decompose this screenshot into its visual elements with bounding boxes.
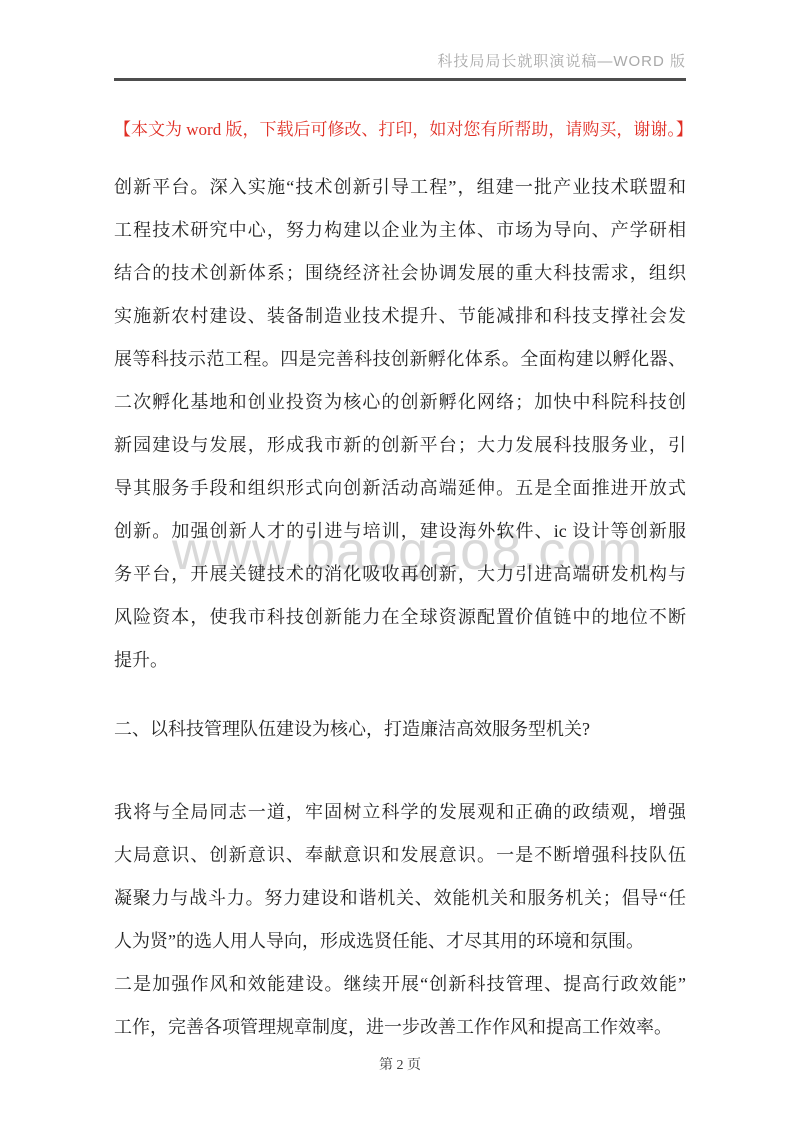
text-line: 务平台，开展关键技术的消化吸收再创新，大力引进高端研发机构与: [114, 553, 686, 596]
text-line: 结合的技术创新体系；围绕经济社会协调发展的重大科技需求，组织: [114, 252, 686, 295]
body-paragraph-1: 创新平台。深入实施“技术创新引导工程”，组建一批产业技术联盟和工程技术研究中心，…: [114, 166, 686, 682]
text-line: 新园建设与发展，形成我市新的创新平台；大力发展科技服务业，引: [114, 424, 686, 467]
text-line: 实施新农村建设、装备制造业技术提升、节能减排和科技支撑社会发: [114, 295, 686, 338]
text-line: 导其服务手段和组织形式向创新活动高端延伸。五是全面推进开放式: [114, 467, 686, 510]
text-line: 人为贤”的选人用人导向，形成选贤任能、才尽其用的环境和氛围。: [114, 920, 686, 963]
page-content: 科技局局长就职演说稿—WORD 版 【本文为 word 版，下载后可修改、打印，…: [0, 0, 800, 1049]
text-line: 风险资本，使我市科技创新能力在全球资源配置价值链中的地位不断: [114, 596, 686, 639]
text-line: 展等科技示范工程。四是完善科技创新孵化体系。全面构建以孵化器、: [114, 338, 686, 381]
page-header: 科技局局长就职演说稿—WORD 版: [114, 0, 686, 81]
text-line: 创新。加强创新人才的引进与培训，建设海外软件、ic 设计等创新服: [114, 510, 686, 553]
text-line: 大局意识、创新意识、奉献意识和发展意识。一是不断增强科技队伍: [114, 834, 686, 877]
page-number: 第 2 页: [0, 1054, 800, 1074]
body-paragraph-2: 我将与全局同志一道，牢固树立科学的发展观和正确的政绩观，增强大局意识、创新意识、…: [114, 791, 686, 1049]
text-line: 我将与全局同志一道，牢固树立科学的发展观和正确的政绩观，增强: [114, 791, 686, 834]
text-line: 二是加强作风和效能建设。继续开展“创新科技管理、提高行政效能”: [114, 963, 686, 1006]
text-line: 创新平台。深入实施“技术创新引导工程”，组建一批产业技术联盟和: [114, 166, 686, 209]
text-line: 工作，完善各项管理规章制度，进一步改善工作作风和提高工作效率。: [114, 1006, 686, 1049]
text-line: 二次孵化基地和创业投资为核心的创新孵化网络；加快中科院科技创: [114, 381, 686, 424]
text-line: 工程技术研究中心，努力构建以企业为主体、市场为导向、产学研相: [114, 209, 686, 252]
text-line: 凝聚力与战斗力。努力建设和谐机关、效能机关和服务机关；倡导“任: [114, 877, 686, 920]
header-title: 科技局局长就职演说稿—WORD 版: [114, 50, 686, 78]
document-page: www.baogao8.com 科技局局长就职演说稿—WORD 版 【本文为 w…: [0, 0, 800, 1132]
purchase-notice: 【本文为 word 版，下载后可修改、打印，如对您有所帮助，请购买，谢谢。】: [114, 117, 686, 142]
text-line: 提升。: [114, 639, 686, 682]
section-heading: 二、以科技管理队伍建设为核心，打造廉洁高效服务型机关?: [114, 708, 686, 751]
